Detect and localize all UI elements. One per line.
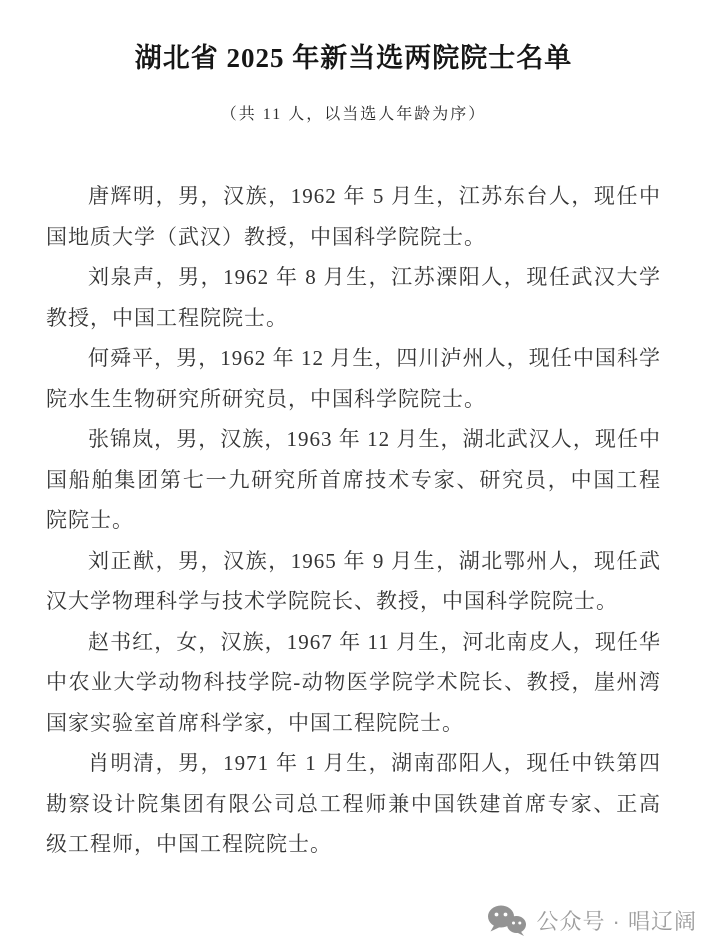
entry-paragraph: 肖明清，男，1971 年 1 月生，湖南邵阳人，现任中铁第四勘察设计院集团有限公…	[46, 743, 661, 865]
entry-paragraph: 刘正猷，男，汉族，1965 年 9 月生，湖北鄂州人，现任武汉大学物理科学与技术…	[46, 541, 661, 622]
document-page: 湖北省 2025 年新当选两院院士名单 （共 11 人，以当选人年龄为序） 唐辉…	[0, 0, 711, 865]
academician-list: 唐辉明，男，汉族，1962 年 5 月生，江苏东台人，现任中国地质大学（武汉）教…	[46, 176, 661, 865]
entry-paragraph: 赵书红，女，汉族，1967 年 11 月生，河北南皮人，现任华中农业大学动物科技…	[46, 622, 661, 744]
entry-paragraph: 刘泉声，男，1962 年 8 月生，江苏溧阳人，现任武汉大学教授，中国工程院院士…	[46, 257, 661, 338]
wechat-icon	[487, 904, 527, 937]
document-title: 湖北省 2025 年新当选两院院士名单	[46, 36, 661, 75]
watermark-text: 公众号 · 唱辽阔	[536, 905, 697, 936]
document-subtitle: （共 11 人，以当选人年龄为序）	[46, 101, 661, 124]
wechat-watermark: 公众号 · 唱辽阔	[487, 904, 697, 937]
entry-paragraph: 唐辉明，男，汉族，1962 年 5 月生，江苏东台人，现任中国地质大学（武汉）教…	[46, 176, 661, 257]
entry-paragraph: 张锦岚，男，汉族，1963 年 12 月生，湖北武汉人，现任中国船舶集团第七一九…	[46, 419, 661, 541]
entry-paragraph: 何舜平，男，1962 年 12 月生，四川泸州人，现任中国科学院水生生物研究所研…	[46, 338, 661, 419]
